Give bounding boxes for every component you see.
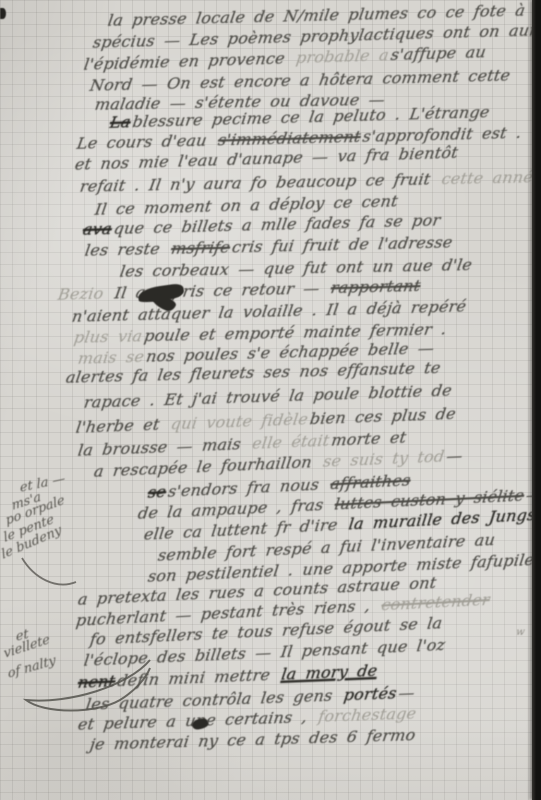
handwriting-segment: Le cours d'eau: [76, 131, 220, 154]
handwriting-segment: elle était: [251, 431, 333, 453]
handwriting-segment: Bezio: [57, 284, 107, 304]
handwriting-segment: la mory de: [280, 661, 381, 684]
handwriting-segment: les reste: [84, 239, 173, 260]
handwriting-segment: forchestage: [317, 704, 420, 726]
handwriting-segment: portés: [343, 683, 400, 704]
handwriting-segment: morte et: [330, 428, 409, 450]
handwriting-segment: La: [109, 112, 134, 132]
handwriting-segment: s'affupe au: [390, 42, 490, 64]
handwriting-segment: mais se: [77, 347, 148, 368]
handwriting-segment: nent: [77, 671, 119, 692]
stray-mark: w: [515, 628, 525, 638]
handwriting-segment: msfrife: [170, 238, 234, 258]
handwriting-segment: plus via: [73, 326, 146, 347]
handwriting-segment: cette année: [440, 167, 541, 188]
handwriting-segment: probable a: [295, 45, 392, 67]
scan-edge-right: [532, 0, 541, 800]
manuscript-page: la presse locale de N/mile plumes co ce …: [0, 0, 541, 800]
handwriting-segment: —: [445, 446, 466, 466]
handwriting-segment: ava: [82, 219, 116, 239]
handwriting-segment: l'herbe et: [75, 414, 173, 437]
corner-mark: [0, 8, 6, 19]
handwriting-segment: affraithes: [329, 470, 413, 493]
handwriting-segment: —: [397, 683, 418, 703]
handwriting-segment: rapportant: [329, 276, 424, 297]
